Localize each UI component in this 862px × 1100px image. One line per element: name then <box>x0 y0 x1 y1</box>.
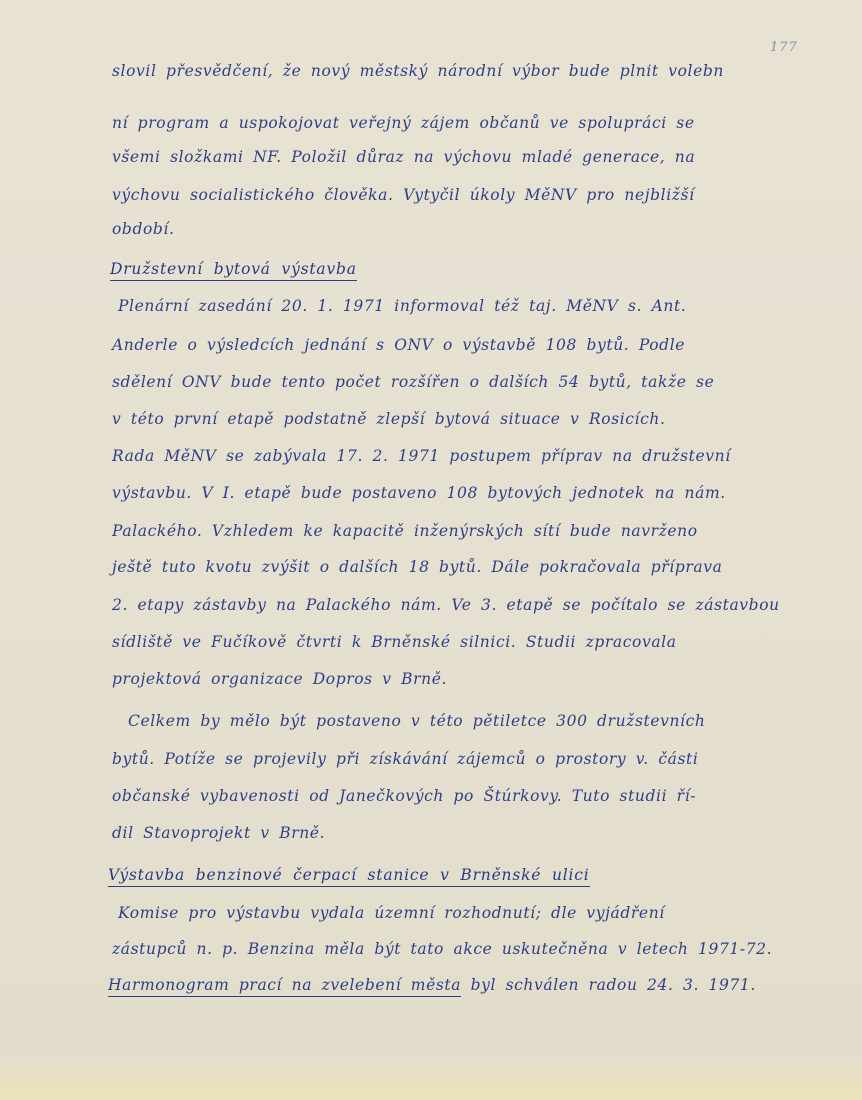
text-line: Anderle o výsledcích jednání s ONV o výs… <box>112 336 685 354</box>
section-heading: Družstevní bytová výstavba <box>110 260 357 281</box>
text-line: ní program a uspokojovat veřejný zájem o… <box>112 114 695 132</box>
text-line: dil Stavoprojekt v Brně. <box>112 824 325 842</box>
text-line: ještě tuto kvotu zvýšit o dalších 18 byt… <box>112 558 722 576</box>
text-after-heading: byl schválen radou 24. 3. 1971. <box>471 976 756 994</box>
text-line: slovil přesvědčení, že nový městský náro… <box>112 62 724 80</box>
text-line: bytů. Potíže se projevily při získávání … <box>112 750 698 768</box>
section-heading: Výstavba benzinové čerpací stanice v Brn… <box>108 866 590 887</box>
section-heading: Harmonogram prací na zvelebení města <box>108 976 461 997</box>
text-line: Komise pro výstavbu vydala územní rozhod… <box>118 904 665 922</box>
text-line: Rada MěNV se zabývala 17. 2. 1971 postup… <box>112 447 731 465</box>
text-line: Plenární zasedání 20. 1. 1971 informoval… <box>118 297 686 315</box>
text-line: Celkem by mělo být postaveno v této pěti… <box>128 712 705 730</box>
text-line: Palackého. Vzhledem ke kapacitě inženýrs… <box>112 522 698 540</box>
text-line: občanské vybavenosti od Janečkových po Š… <box>112 787 696 805</box>
text-line: všemi složkami NF. Položil důraz na vých… <box>112 148 695 166</box>
text-line: projektová organizace Dopros v Brně. <box>112 670 447 688</box>
text-line: sídliště ve Fučíkově čtvrti k Brněnské s… <box>112 633 677 651</box>
text-line: výchovu socialistického člověka. Vytyčil… <box>112 186 695 204</box>
page-number: 177 <box>770 40 798 55</box>
text-line: období. <box>112 220 175 238</box>
chronicle-page: 177 slovil přesvědčení, že nový městský … <box>0 0 862 1100</box>
text-line: sdělení ONV bude tento počet rozšířen o … <box>112 373 714 391</box>
text-line: v této první etapě podstatně zlepší byto… <box>112 410 666 428</box>
section-town-improvement: Harmonogram prací na zvelebení města byl… <box>108 976 756 994</box>
text-line: 2. etapy zástavby na Palackého nám. Ve 3… <box>112 596 780 614</box>
text-line: výstavbu. V I. etapě bude postaveno 108 … <box>112 484 726 502</box>
text-line: zástupců n. p. Benzina měla být tato akc… <box>112 940 772 958</box>
